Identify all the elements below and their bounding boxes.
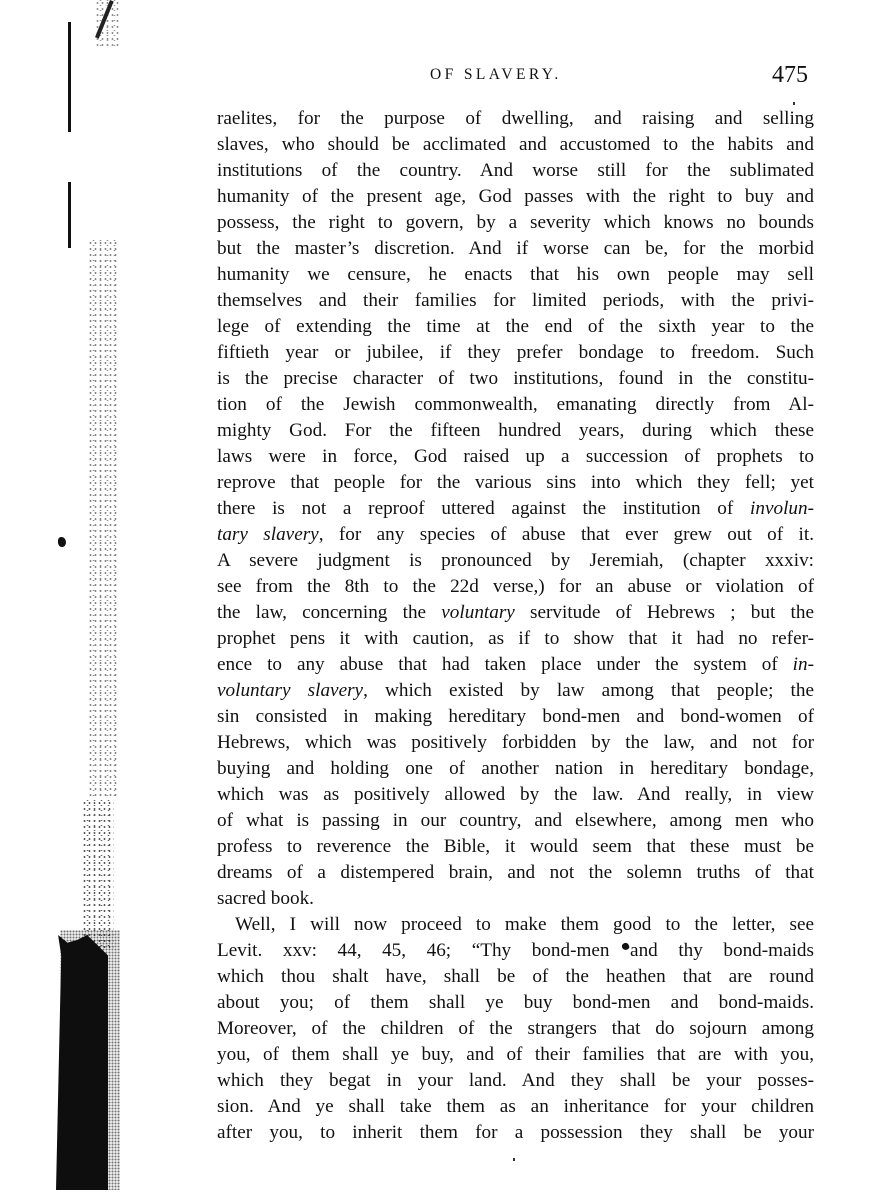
text-line-content: slaves, who should be acclimated and acc… [217, 134, 814, 155]
text-line-content: you, of them shall ye buy, and of their … [217, 1044, 814, 1065]
text-line: which was as positively allowed by the l… [217, 782, 814, 808]
text-line: possess, the right to govern, by a sever… [217, 210, 814, 236]
text-line-content: Moreover, of the children of the strange… [217, 1018, 814, 1039]
text-line-content: dreams of a distempered brain, and not t… [217, 862, 814, 883]
text-line: humanity of the present age, God passes … [217, 184, 814, 210]
text-line-content: profess to reverence the Bible, it would… [217, 836, 814, 857]
text-line-content: sacred book. [217, 888, 314, 909]
text-line-content: sin consisted in making hereditary bond-… [217, 706, 814, 727]
text-line-content: themselves and their families for limite… [217, 290, 814, 311]
italic-emphasis: voluntary [441, 602, 515, 623]
text-line: the law, concerning the voluntary servit… [217, 600, 814, 626]
running-head: OF SLAVERY. 475 [0, 62, 887, 92]
text-line: profess to reverence the Bible, it would… [217, 834, 814, 860]
text-line: sion. And ye shall take them as an inher… [217, 1094, 814, 1120]
text-line: buying and holding one of another nation… [217, 756, 814, 782]
text-line-content: prophet pens it with caution, as if to s… [217, 628, 814, 649]
italic-emphasis: voluntary slavery [217, 680, 363, 701]
text-line-content: Hebrews, which was positively forbidden … [217, 732, 814, 753]
italic-emphasis: in- [793, 654, 814, 675]
text-line-content: which they begat in your land. And they … [217, 1070, 814, 1091]
text-line: Well, I will now proceed to make them go… [217, 912, 814, 938]
text-line-content: is the precise character of two institut… [217, 368, 814, 389]
running-title: OF SLAVERY. [430, 66, 562, 84]
text-line-content: laws were in force, God raised up a succ… [217, 446, 814, 467]
scanned-book-page: OF SLAVERY. 475 raelites, for the purpos… [0, 0, 887, 1200]
page-number: 475 [772, 62, 808, 89]
italic-emphasis: involun- [750, 498, 814, 519]
italic-emphasis: tary slavery [217, 524, 319, 545]
scan-speckle [95, 0, 120, 50]
text-line: tary slavery, for any species of abuse t… [217, 522, 814, 548]
text-line: is the precise character of two institut… [217, 366, 814, 392]
text-line-content: there is not a reproof uttered against t… [217, 498, 750, 519]
text-line: fiftieth year or jubilee, if they prefer… [217, 340, 814, 366]
text-line: about you; of them shall ye buy bond-men… [217, 990, 814, 1016]
text-line-content: the law, concerning the [217, 602, 441, 623]
text-line-content: humanity we censure, he enacts that his … [217, 264, 814, 285]
text-line-content: about you; of them shall ye buy bond-men… [217, 992, 814, 1013]
text-line-content: A severe judgment is pronounced by Jerem… [217, 550, 814, 571]
text-line: lege of extending the time at the end of… [217, 314, 814, 340]
text-line: see from the 8th to the 22d verse,) for … [217, 574, 814, 600]
text-line: mighty God. For the fifteen hundred year… [217, 418, 814, 444]
text-line-content: humanity of the present age, God passes … [217, 186, 814, 207]
text-line-content: tion of the Jewish commonwealth, emanati… [217, 394, 814, 415]
text-line: dreams of a distempered brain, and not t… [217, 860, 814, 886]
text-line: ence to any abuse that had taken place u… [217, 652, 814, 678]
text-line-content: ence to any abuse that had taken place u… [217, 654, 793, 675]
text-line: A severe judgment is pronounced by Jerem… [217, 548, 814, 574]
text-line: slaves, who should be acclimated and acc… [217, 132, 814, 158]
text-line: Moreover, of the children of the strange… [217, 1016, 814, 1042]
text-line-content: sion. And ye shall take them as an inher… [217, 1096, 814, 1117]
stray-mark [513, 1158, 515, 1161]
text-line-content: Levit. xxv: 44, 45, 46; “Thy bond-men an… [217, 940, 814, 961]
text-line-content: lege of extending the time at the end of… [217, 316, 814, 337]
text-line: Levit. xxv: 44, 45, 46; “Thy bond-men an… [217, 938, 814, 964]
text-line-content: of what is passing in our country, and e… [217, 810, 814, 831]
text-line-content: but the master’s discretion. And if wors… [217, 238, 814, 259]
text-line: sacred book. [217, 886, 814, 912]
text-line-content: which thou shalt have, shall be of the h… [217, 966, 814, 987]
text-line: Hebrews, which was positively forbidden … [217, 730, 814, 756]
text-line: voluntary slavery, which existed by law … [217, 678, 814, 704]
margin-ink-blot [58, 537, 66, 547]
scan-margin-line [68, 182, 71, 248]
text-line: but the master’s discretion. And if wors… [217, 236, 814, 262]
stray-mark [793, 102, 795, 105]
scan-speckle [82, 800, 114, 950]
text-line-content: buying and holding one of another nation… [217, 758, 814, 779]
text-line: humanity we censure, he enacts that his … [217, 262, 814, 288]
text-line: institutions of the country. And worse s… [217, 158, 814, 184]
text-line: raelites, for the purpose of dwelling, a… [217, 106, 814, 132]
text-line: sin consisted in making hereditary bond-… [217, 704, 814, 730]
text-line: tion of the Jewish commonwealth, emanati… [217, 392, 814, 418]
text-line: which thou shalt have, shall be of the h… [217, 964, 814, 990]
binding-edge [56, 935, 108, 1190]
text-line-content: after you, to inherit them for a possess… [217, 1122, 814, 1143]
text-line-content: institutions of the country. And worse s… [217, 160, 814, 181]
text-line-content: , for any species of abuse that ever gre… [319, 524, 814, 545]
text-line-content: possess, the right to govern, by a sever… [217, 212, 814, 233]
text-line-content: Well, I will now proceed to make them go… [235, 914, 814, 935]
text-line-content: , which existed by law among that people… [363, 680, 814, 701]
text-line-content: servitude of Hebrews ; but the [515, 602, 814, 623]
body-text: raelites, for the purpose of dwelling, a… [217, 106, 814, 1146]
text-line: themselves and their families for limite… [217, 288, 814, 314]
text-line: after you, to inherit them for a possess… [217, 1120, 814, 1146]
text-line-content: which was as positively allowed by the l… [217, 784, 814, 805]
text-line: laws were in force, God raised up a succ… [217, 444, 814, 470]
text-line-content: mighty God. For the fifteen hundred year… [217, 420, 814, 441]
text-line: there is not a reproof uttered against t… [217, 496, 814, 522]
text-line: you, of them shall ye buy, and of their … [217, 1042, 814, 1068]
text-line-content: see from the 8th to the 22d verse,) for … [217, 576, 814, 597]
text-line-content: reprove that people for the various sins… [217, 472, 814, 493]
text-line-content: raelites, for the purpose of dwelling, a… [217, 108, 814, 129]
text-line: which they begat in your land. And they … [217, 1068, 814, 1094]
text-line: of what is passing in our country, and e… [217, 808, 814, 834]
text-line: prophet pens it with caution, as if to s… [217, 626, 814, 652]
text-line-content: fiftieth year or jubilee, if they prefer… [217, 342, 814, 363]
scan-speckle [88, 240, 118, 800]
text-line: reprove that people for the various sins… [217, 470, 814, 496]
